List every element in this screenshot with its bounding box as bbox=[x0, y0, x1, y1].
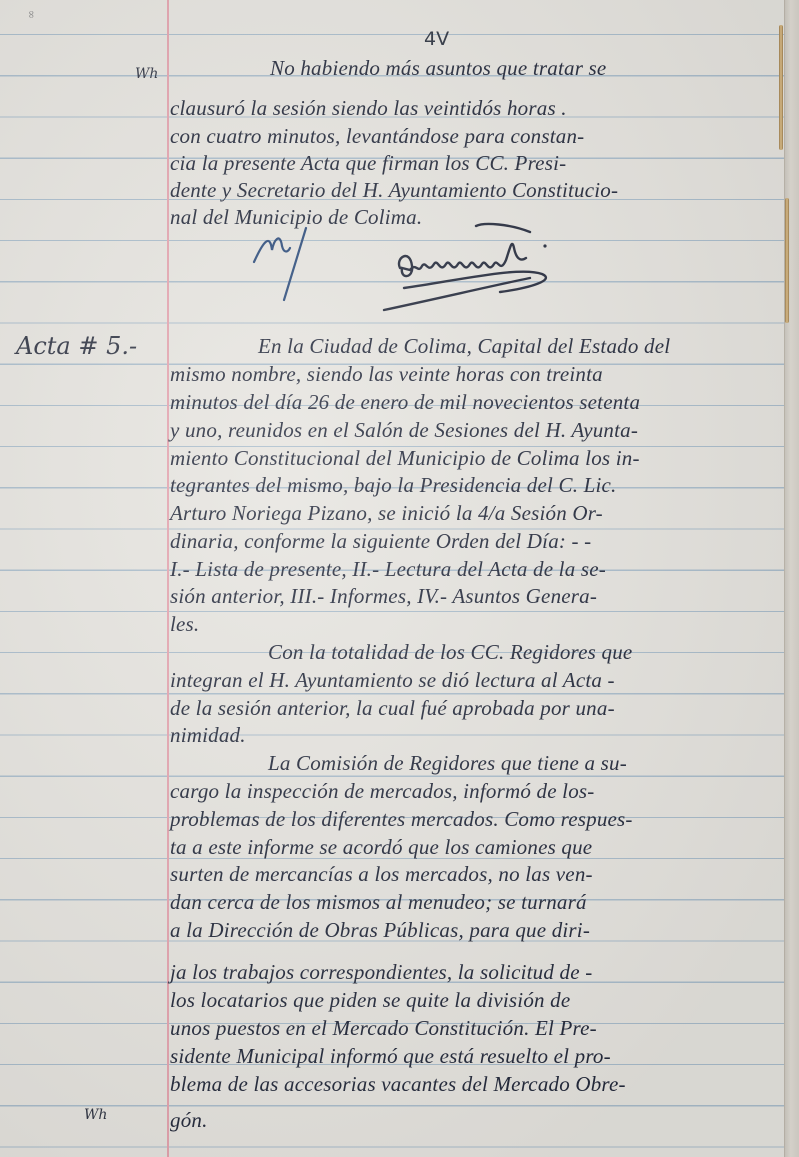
text-line: dinaria, conforme la siguiente Orden del… bbox=[170, 529, 591, 554]
text-line: cargo la inspección de mercados, informó… bbox=[170, 779, 594, 804]
text-line: integran el H. Ayuntamiento se dió lectu… bbox=[170, 668, 615, 693]
staple-icon bbox=[785, 198, 789, 323]
text-line: sidente Municipal informó que está resue… bbox=[170, 1044, 611, 1069]
text-line: dan cerca de los mismos al menudeo; se t… bbox=[170, 890, 587, 915]
text-line: problemas de los diferentes mercados. Co… bbox=[170, 807, 633, 832]
margin-initials-bottom: Wh bbox=[84, 1107, 107, 1123]
margin-rule bbox=[167, 0, 169, 1157]
text-line: Arturo Noriega Pizano, se inició la 4/a … bbox=[170, 501, 603, 526]
text-line: ja los trabajos correspondientes, la sol… bbox=[170, 960, 592, 985]
text-line: cia la presente Acta que firman los CC. … bbox=[170, 151, 566, 176]
margin-initials-top: Wh bbox=[135, 66, 158, 82]
text-line: nimidad. bbox=[170, 723, 246, 748]
text-line: sión anterior, III.- Informes, IV.- Asun… bbox=[170, 584, 597, 609]
text-line: los locatarios que piden se quite la div… bbox=[170, 988, 570, 1013]
text-line: dente y Secretario del H. Ayuntamiento C… bbox=[170, 178, 618, 203]
text-line: a la Dirección de Obras Públicas, para q… bbox=[170, 918, 590, 943]
text-line: Con la totalidad de los CC. Regidores qu… bbox=[268, 640, 632, 665]
text-line: mismo nombre, siendo las veinte horas co… bbox=[170, 362, 603, 387]
text-line: No habiendo más asuntos que tratar se bbox=[270, 56, 606, 81]
document-page: ∞ 4V Wh Acta # 5.- Wh No habiendo más as… bbox=[0, 0, 799, 1157]
text-line: les. bbox=[170, 612, 199, 637]
acta-label: Acta # 5.- bbox=[16, 332, 137, 360]
signature-president bbox=[250, 222, 330, 302]
text-line: con cuatro minutos, levantándose para co… bbox=[170, 124, 584, 149]
corner-mark: ∞ bbox=[25, 10, 38, 19]
text-line: minutos del día 26 de enero de mil novec… bbox=[170, 390, 640, 415]
text-line: surten de mercancías a los mercados, no … bbox=[170, 862, 593, 887]
text-line: unos puestos en el Mercado Constitución.… bbox=[170, 1016, 597, 1041]
page-edge bbox=[784, 0, 799, 1157]
text-line: La Comisión de Regidores que tiene a su- bbox=[268, 751, 627, 776]
text-line: tegrantes del mismo, bajo la Presidencia… bbox=[170, 473, 617, 498]
text-line: clausuró la sesión siendo las veintidós … bbox=[170, 96, 567, 121]
text-line: de la sesión anterior, la cual fué aprob… bbox=[170, 696, 615, 721]
text-line: ta a este informe se acordó que los cami… bbox=[170, 835, 592, 860]
signature-secretary bbox=[380, 218, 590, 318]
staple-icon bbox=[779, 25, 783, 150]
text-line: blema de las accesorias vacantes del Mer… bbox=[170, 1072, 626, 1097]
text-line: gón. bbox=[170, 1108, 208, 1133]
page-number: 4V bbox=[424, 28, 449, 50]
text-line: I.- Lista de presente, II.- Lectura del … bbox=[170, 557, 606, 582]
text-line: miento Constitucional del Municipio de C… bbox=[170, 446, 640, 471]
text-line: En la Ciudad de Colima, Capital del Esta… bbox=[258, 334, 670, 359]
text-line: y uno, reunidos en el Salón de Sesiones … bbox=[170, 418, 638, 443]
